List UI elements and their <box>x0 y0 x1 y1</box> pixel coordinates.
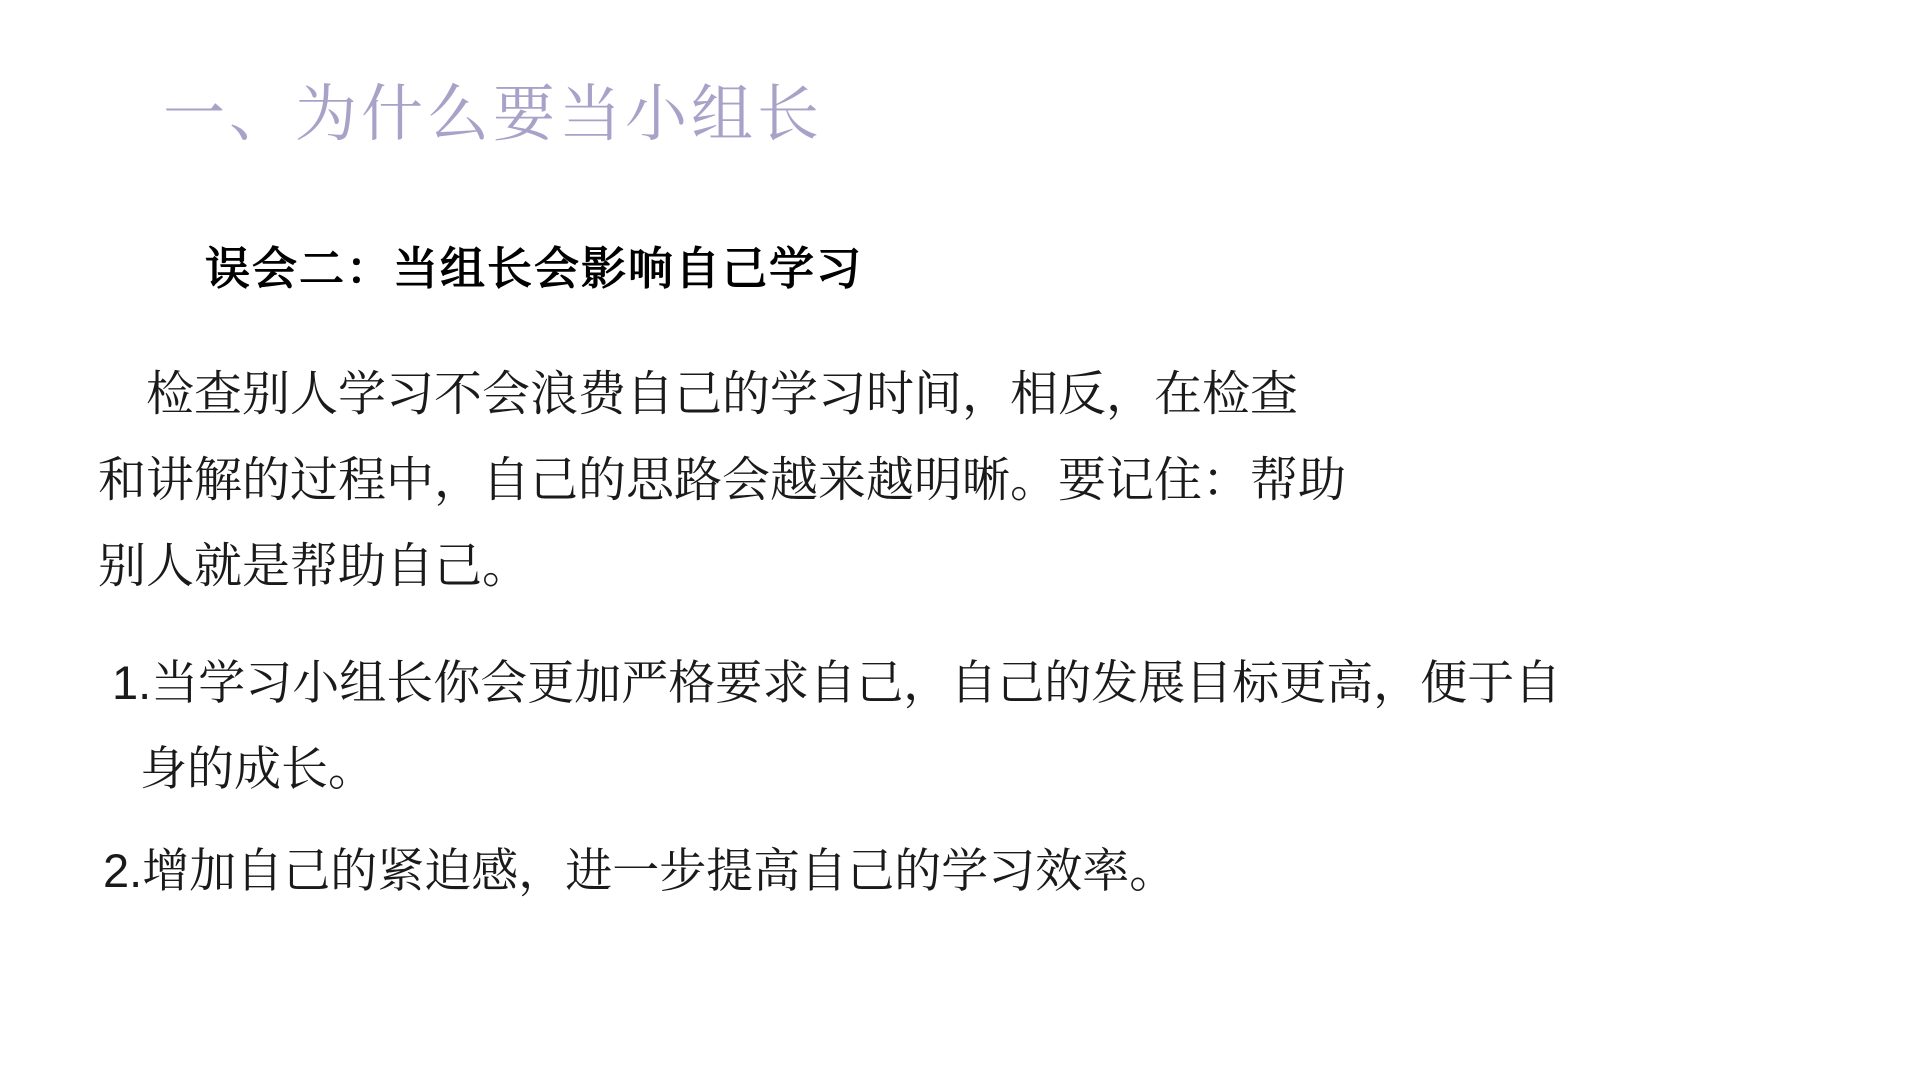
body-paragraph: 检查别人学习不会浪费自己的学习时间，相反，在检查 和讲解的过程中，自己的思路会越… <box>98 352 1346 610</box>
numbered-point-1: 1.当学习小组长你会更加严格要求自己，自己的发展目标更高，便于自 身的成长。 <box>112 640 1561 812</box>
paragraph-line: 别人就是帮助自己。 <box>98 524 1346 610</box>
slide-canvas: 一、为什么要当小组长 误会二：当组长会影响自己学习 检查别人学习不会浪费自己的学… <box>0 0 1920 1080</box>
numbered-point-2: 2.增加自己的紧迫感，进一步提高自己的学习效率。 <box>103 828 1176 914</box>
paragraph-line: 和讲解的过程中，自己的思路会越来越明晰。要记住：帮助 <box>98 438 1346 524</box>
section-title: 一、为什么要当小组长 <box>163 78 823 152</box>
misconception-heading: 误会二：当组长会影响自己学习 <box>205 242 863 296</box>
point-line: 2.增加自己的紧迫感，进一步提高自己的学习效率。 <box>103 828 1176 914</box>
point-line: 1.当学习小组长你会更加严格要求自己，自己的发展目标更高，便于自 <box>112 640 1561 726</box>
paragraph-line: 检查别人学习不会浪费自己的学习时间，相反，在检查 <box>98 352 1346 438</box>
point-line: 身的成长。 <box>112 726 1561 812</box>
